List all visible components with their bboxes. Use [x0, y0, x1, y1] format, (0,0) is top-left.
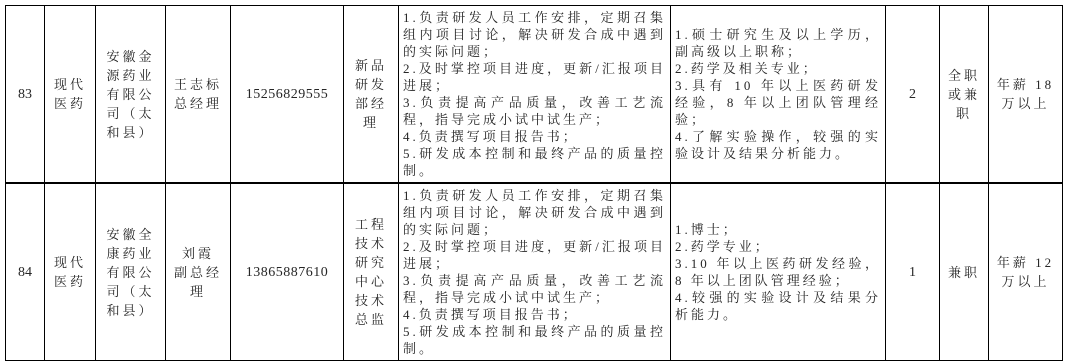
requirement-item: 3.10 年以上医药研发经验，8 年以上团队管理经验； — [675, 255, 881, 289]
requirement-item: 3.具有 10 年以上医药研发经验，8 年以上团队管理经验； — [675, 77, 881, 128]
duty-item: 2.及时掌控项目进度，更新/汇报项目进展； — [403, 238, 666, 272]
salary-cell: 年薪 18 万以上 — [989, 6, 1063, 184]
seq-cell: 83 — [6, 6, 45, 184]
job-row-83: 83 现代医药 安徽金源药业有限公司（太和县） 王志标 总经理 15256829… — [6, 6, 1063, 184]
position-cell: 新品研发部经理 — [344, 6, 399, 184]
contact-name: 刘霞 — [171, 244, 225, 263]
requirement-item: 1.博士； — [675, 221, 881, 238]
contact-cell: 刘霞 副总经理 — [166, 183, 231, 361]
requirement-item: 1.硕士研究生及以上学历，副高级以上职称； — [675, 26, 881, 60]
employment-type-cell: 全职或兼职 — [940, 6, 989, 184]
contact-cell: 王志标 总经理 — [166, 6, 231, 184]
requirement-item: 2.药学及相关专业； — [675, 60, 881, 77]
requirements-cell: 1.博士； 2.药学专业； 3.10 年以上医药研发经验，8 年以上团队管理经验… — [671, 183, 886, 361]
duty-item: 3.负责提高产品质量，改善工艺流程，指导完成小试中试生产； — [403, 272, 666, 306]
headcount-cell: 1 — [886, 183, 940, 361]
duties-cell: 1.负责研发人员工作安排，定期召集组内项目讨论，解决研发合成中遇到的实际问题； … — [399, 6, 671, 184]
duty-item: 5.研发成本控制和最终产品的质量控制。 — [403, 145, 666, 179]
company-cell: 安徽金源药业有限公司（太和县） — [96, 6, 166, 184]
seq-cell: 84 — [6, 183, 45, 361]
requirement-item: 2.药学专业； — [675, 238, 881, 255]
job-table: 83 现代医药 安徽金源药业有限公司（太和县） 王志标 总经理 15256829… — [5, 5, 1063, 361]
industry-cell: 现代医药 — [45, 6, 96, 184]
duty-item: 5.研发成本控制和最终产品的质量控制。 — [403, 323, 666, 357]
job-row-84: 84 现代医药 安徽全康药业有限公司（太和县） 刘霞 副总经理 13865887… — [6, 183, 1063, 361]
contact-name: 王志标 — [171, 75, 225, 94]
contact-title: 总经理 — [171, 94, 225, 113]
duty-item: 4.负责撰写项目报告书； — [403, 128, 666, 145]
requirements-cell: 1.硕士研究生及以上学历，副高级以上职称； 2.药学及相关专业； 3.具有 10… — [671, 6, 886, 184]
requirement-item: 4.了解实验操作，较强的实验设计及结果分析能力。 — [675, 128, 881, 162]
duty-item: 2.及时掌控项目进度，更新/汇报项目进展； — [403, 60, 666, 94]
position-cell: 工程技术研究中心技术总监 — [344, 183, 399, 361]
duty-item: 1.负责研发人员工作安排，定期召集组内项目讨论，解决研发合成中遇到的实际问题； — [403, 9, 666, 60]
company-cell: 安徽全康药业有限公司（太和县） — [96, 183, 166, 361]
duty-item: 4.负责撰写项目报告书； — [403, 306, 666, 323]
requirement-item: 4.较强的实验设计及结果分析能力。 — [675, 289, 881, 323]
industry-cell: 现代医药 — [45, 183, 96, 361]
phone-cell: 15256829555 — [231, 6, 344, 184]
duty-item: 1.负责研发人员工作安排，定期召集组内项目讨论，解决研发合成中遇到的实际问题； — [403, 187, 666, 238]
contact-title: 副总经理 — [171, 263, 225, 301]
salary-cell: 年薪 12 万以上 — [989, 183, 1063, 361]
employment-type-cell: 兼职 — [940, 183, 989, 361]
duty-item: 3.负责提高产品质量，改善工艺流程，指导完成小试中试生产； — [403, 94, 666, 128]
duties-cell: 1.负责研发人员工作安排，定期召集组内项目讨论，解决研发合成中遇到的实际问题； … — [399, 183, 671, 361]
headcount-cell: 2 — [886, 6, 940, 184]
phone-cell: 13865887610 — [231, 183, 344, 361]
recruitment-table-page: 83 现代医药 安徽金源药业有限公司（太和县） 王志标 总经理 15256829… — [0, 0, 1066, 361]
